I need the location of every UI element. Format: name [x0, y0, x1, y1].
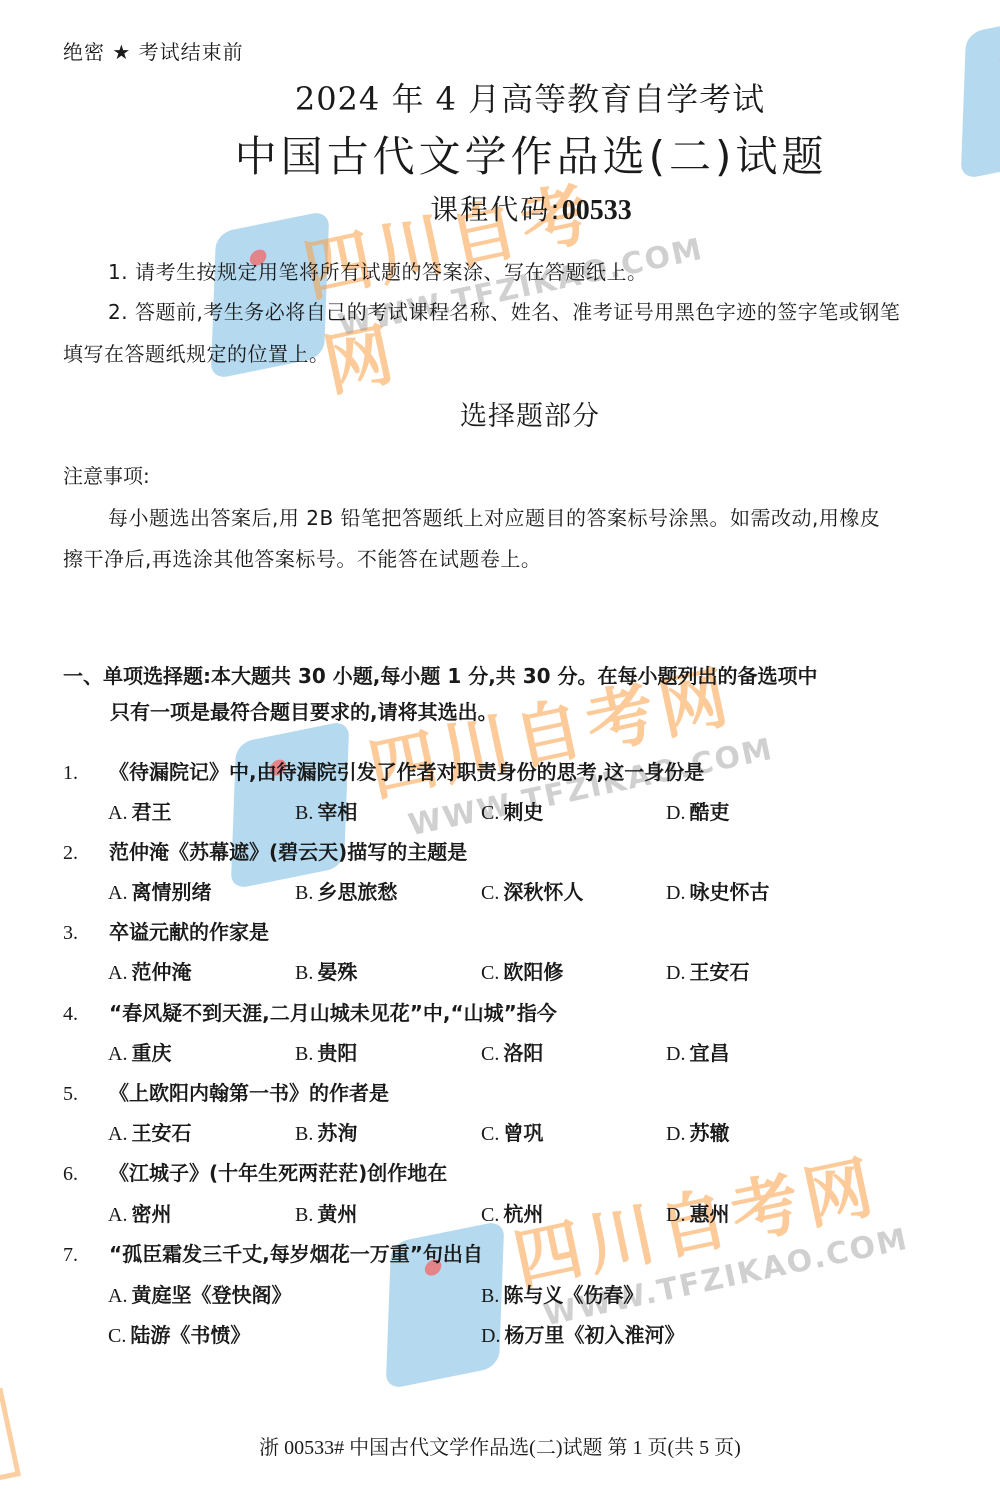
question-number: 3. [63, 922, 109, 945]
option-4b: B.贵阳 [295, 1037, 357, 1066]
option-3c: C.欧阳修 [481, 956, 563, 985]
course-code-value: 00533 [562, 195, 632, 226]
part-one-heading: 一、单项选择题:本大题共 30 小题,每小题 1 分,共 30 分。在每小题列出… [63, 660, 818, 689]
question-text: 卒谥元献的作家是 [109, 920, 269, 944]
watermark-bottom: 四川自考网 WWW.TFZIKAO.COM [390, 1160, 910, 1390]
option-2b: B.乡思旅愁 [295, 876, 397, 905]
option-4a: A.重庆 [108, 1037, 171, 1066]
option-6a: A.密州 [108, 1198, 171, 1227]
question-number: 6. [63, 1163, 109, 1186]
option-3d: D.王安石 [666, 956, 749, 985]
question-4: 4.“春风疑不到天涯,二月山城未见花”中,“山城”指今 [63, 997, 557, 1026]
watermark-url: WWW.TFZIKAO.COM [405, 732, 776, 844]
page-footer: 浙 00533# 中国古代文学作品选(二)试题 第 1 页(共 5 页) [0, 1431, 1000, 1460]
option-3a: A.范仲淹 [108, 956, 191, 985]
watermark-url: WWW.TFZIKAO.COM [540, 1222, 911, 1334]
confidential-label: 绝密 ★ 考试结束前 [63, 36, 244, 65]
option-6c: C.杭州 [481, 1198, 543, 1227]
option-3b: B.晏殊 [295, 956, 357, 985]
question-number: 2. [63, 842, 109, 865]
option-2a: A.离情别绪 [108, 876, 211, 905]
part-one-heading-continued: 只有一项是最符合题目要求的,请将其选出。 [110, 696, 498, 725]
question-number: 5. [63, 1083, 109, 1106]
question-text: 《江城子》(十年生死两茫茫)创作地在 [109, 1161, 447, 1185]
watermark-url: WWW.TFZIKAO.COM [335, 232, 706, 344]
instruction-2: 2. 答题前,考生务必将自己的考试课程名称、姓名、准考证号用黑色字迹的签字笔或钢… [108, 296, 900, 325]
option-7a: A.黄庭坚《登快阁》 [108, 1279, 291, 1308]
option-6d: D.惠州 [666, 1198, 729, 1227]
exam-title: 中国古代文学作品选(二)试题 [0, 124, 1000, 184]
exam-page: 四川自考网 WWW.TFZIKAO.COM 四川自考网 WWW.TFZIKAO.… [0, 0, 1000, 1508]
notice-text-2: 擦干净后,再选涂其他答案标号。不能答在试题卷上。 [63, 543, 541, 572]
question-number: 1. [63, 762, 109, 785]
exam-session: 2024 年 4 月高等教育自学考试 [0, 74, 1000, 120]
option-5a: A.王安石 [108, 1117, 191, 1146]
instruction-2-continued: 填写在答题纸规定的位置上。 [63, 338, 330, 367]
question-text: “孤臣霜发三千丈,每岁烟花一万重”句出自 [109, 1242, 483, 1266]
question-6: 6.《江城子》(十年生死两茫茫)创作地在 [63, 1157, 447, 1186]
option-2d: D.咏史怀古 [666, 876, 769, 905]
option-4c: C.洛阳 [481, 1037, 543, 1066]
option-1d: D.酷吏 [666, 796, 729, 825]
section-title: 选择题部分 [0, 394, 1000, 433]
option-7d: D.杨万里《初入淮河》 [481, 1319, 684, 1348]
option-5c: C.曾巩 [481, 1117, 543, 1146]
option-7c: C.陆游《书愤》 [108, 1319, 250, 1348]
option-6b: B.黄州 [295, 1198, 357, 1227]
question-5: 5.《上欧阳内翰第一书》的作者是 [63, 1077, 389, 1106]
instruction-1: 1. 请考生按规定用笔将所有试题的答案涂、写在答题纸上。 [108, 256, 647, 285]
option-5b: B.苏洵 [295, 1117, 357, 1146]
question-3: 3.卒谥元献的作家是 [63, 916, 269, 945]
question-text: “春风疑不到天涯,二月山城未见花”中,“山城”指今 [109, 1001, 557, 1025]
question-number: 4. [63, 1003, 109, 1026]
option-7b: B.陈与义《伤春》 [481, 1279, 643, 1308]
course-code: 课程代码:00533 [0, 188, 1000, 228]
question-text: 范仲淹《苏幕遮》(碧云天)描写的主题是 [109, 840, 467, 864]
question-1: 1.《待漏院记》中,由待漏院引发了作者对职责身份的思考,这一身份是 [63, 756, 704, 785]
option-4d: D.宜昌 [666, 1037, 729, 1066]
question-text: 《待漏院记》中,由待漏院引发了作者对职责身份的思考,这一身份是 [109, 760, 704, 784]
option-5d: D.苏辙 [666, 1117, 729, 1146]
option-1a: A.君王 [108, 796, 171, 825]
question-text: 《上欧阳内翰第一书》的作者是 [109, 1081, 389, 1105]
notice-heading: 注意事项: [63, 460, 150, 489]
option-2c: C.深秋怀人 [481, 876, 583, 905]
question-2: 2.范仲淹《苏幕遮》(碧云天)描写的主题是 [63, 836, 467, 865]
question-number: 7. [63, 1244, 109, 1267]
notice-text-1: 每小题选出答案后,用 2B 铅笔把答题纸上对应题目的答案标号涂黑。如需改动,用橡… [108, 502, 880, 531]
option-1b: B.宰相 [295, 796, 357, 825]
option-1c: C.刺史 [481, 796, 543, 825]
question-7: 7.“孤臣霜发三千丈,每岁烟花一万重”句出自 [63, 1238, 483, 1267]
course-code-label: 课程代码: [430, 193, 561, 226]
